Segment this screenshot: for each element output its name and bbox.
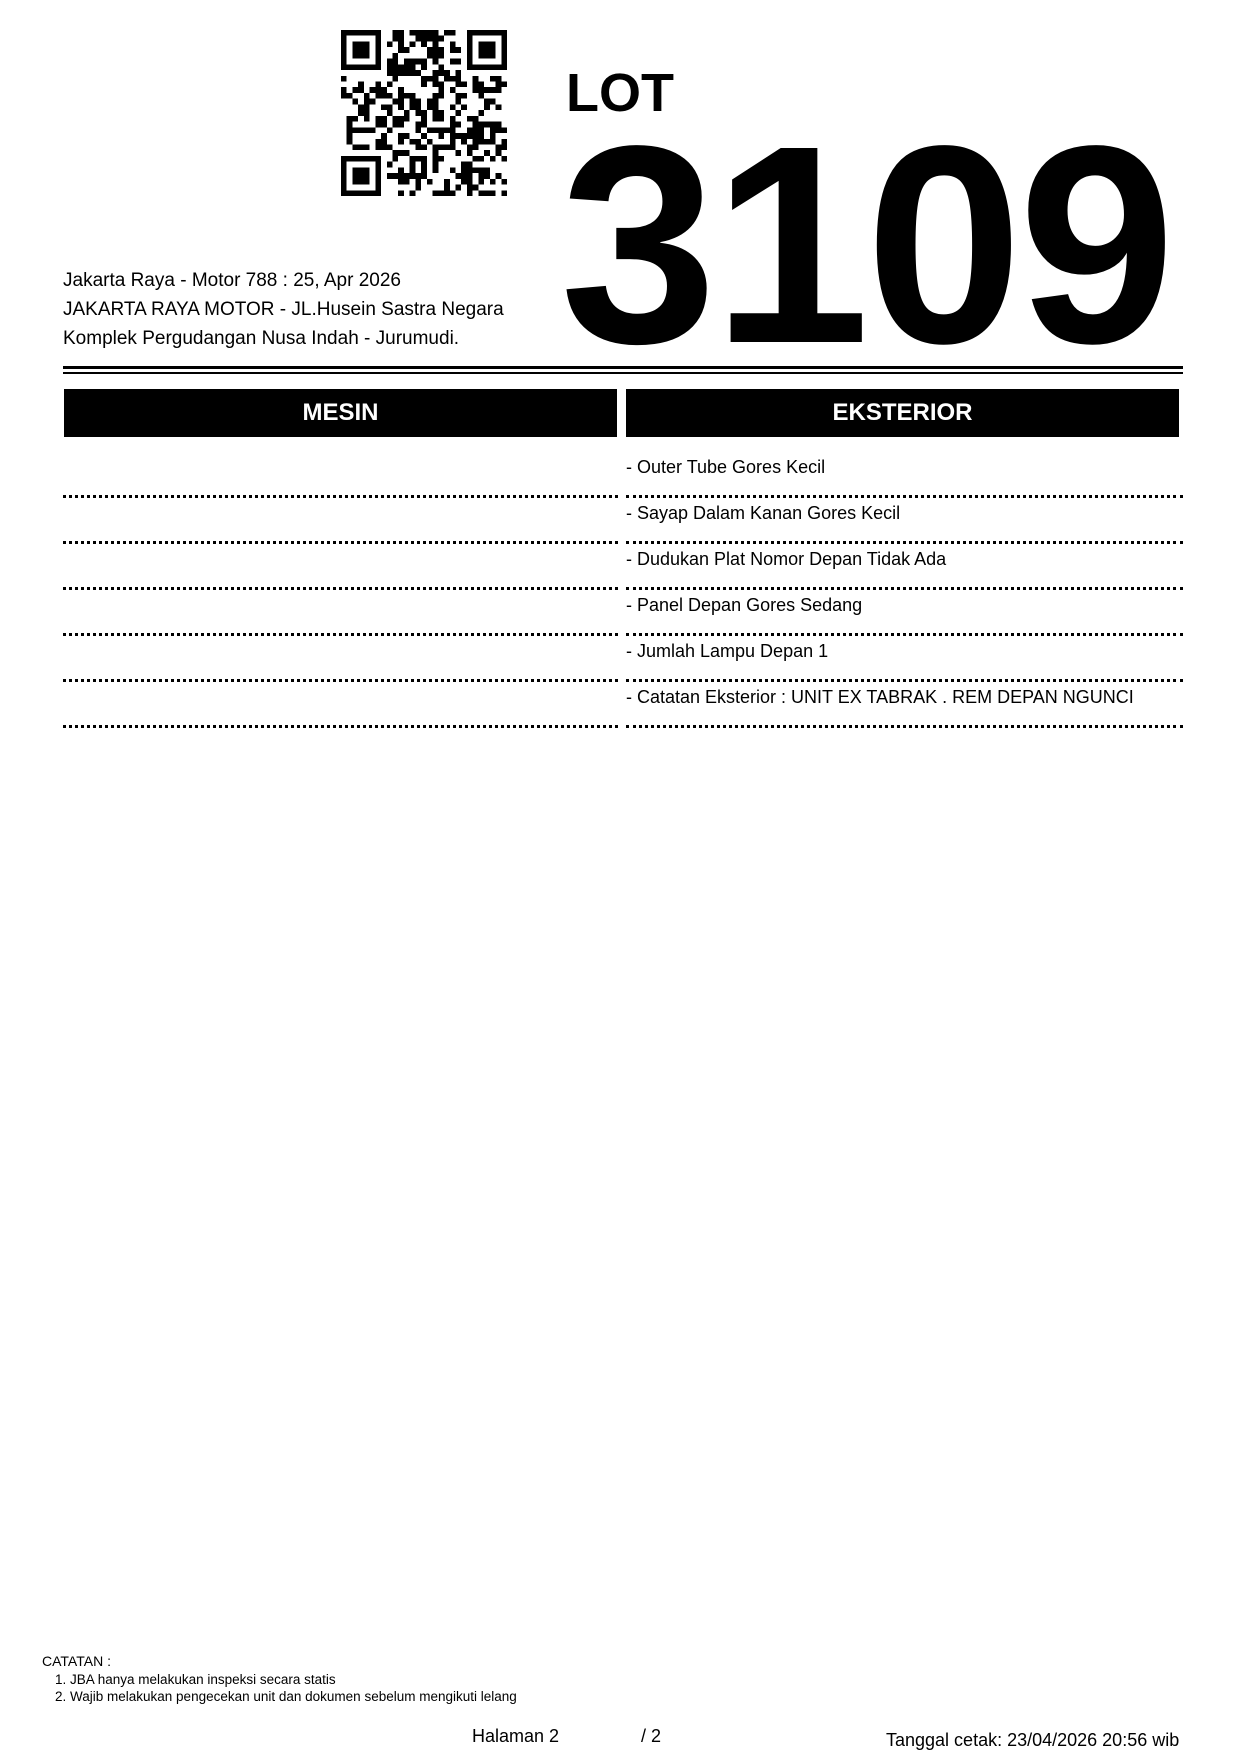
row-divider bbox=[63, 495, 618, 498]
address-line-2: Komplek Pergudangan Nusa Indah - Jurumud… bbox=[63, 329, 459, 348]
row-divider bbox=[63, 633, 618, 636]
row-divider bbox=[626, 633, 1183, 636]
section-header-mesin: MESIN bbox=[64, 389, 617, 437]
eksterior-item: - Dudukan Plat Nomor Depan Tidak Ada bbox=[626, 550, 946, 568]
row-divider bbox=[626, 725, 1183, 728]
eksterior-item: - Sayap Dalam Kanan Gores Kecil bbox=[626, 504, 900, 522]
row-divider bbox=[626, 587, 1183, 590]
page-total: / 2 bbox=[641, 1726, 661, 1747]
page-number: Halaman 2 bbox=[472, 1726, 559, 1747]
notes-title: CATATAN : bbox=[42, 1653, 111, 1669]
eksterior-item: - Outer Tube Gores Kecil bbox=[626, 458, 825, 476]
qr-code-icon bbox=[341, 30, 507, 196]
header-divider bbox=[63, 366, 1183, 369]
auction-title: Jakarta Raya - Motor 788 : 25, Apr 2026 bbox=[63, 271, 401, 290]
row-divider bbox=[63, 725, 618, 728]
print-date: Tanggal cetak: 23/04/2026 20:56 wib bbox=[886, 1730, 1179, 1751]
row-divider bbox=[626, 495, 1183, 498]
row-divider bbox=[63, 587, 618, 590]
note-item: 1. JBA hanya melakukan inspeksi secara s… bbox=[55, 1672, 336, 1687]
row-divider bbox=[626, 679, 1183, 682]
row-divider bbox=[63, 541, 618, 544]
note-item: 2. Wajib melakukan pengecekan unit dan d… bbox=[55, 1689, 517, 1704]
section-header-eksterior: EKSTERIOR bbox=[626, 389, 1179, 437]
header-divider bbox=[63, 372, 1183, 374]
address-line-1: JAKARTA RAYA MOTOR - JL.Husein Sastra Ne… bbox=[63, 300, 504, 319]
row-divider bbox=[626, 541, 1183, 544]
lot-number: 3109 bbox=[560, 104, 1171, 386]
eksterior-item: - Catatan Eksterior : UNIT EX TABRAK . R… bbox=[626, 688, 1134, 706]
row-divider bbox=[63, 679, 618, 682]
eksterior-item: - Jumlah Lampu Depan 1 bbox=[626, 642, 828, 660]
eksterior-item: - Panel Depan Gores Sedang bbox=[626, 596, 862, 614]
